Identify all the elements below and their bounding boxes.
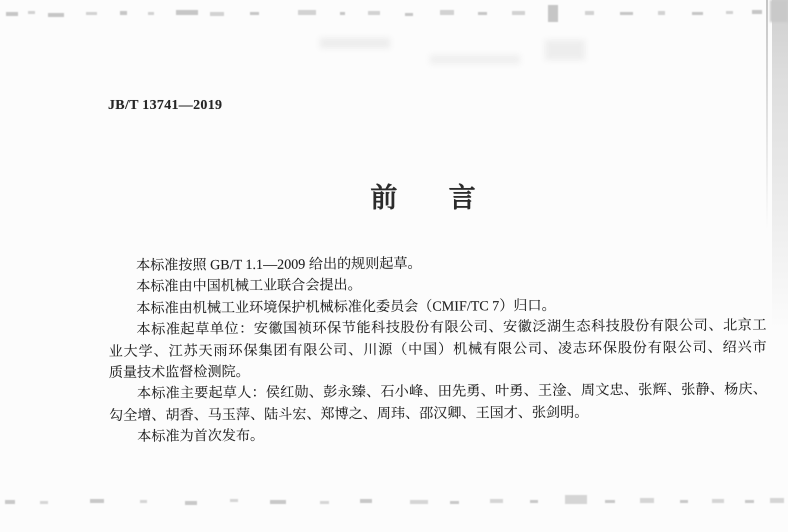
- scan-noise-top: [176, 10, 198, 15]
- scan-right-edge-band: [772, 0, 788, 330]
- scan-noise-top: [548, 5, 558, 22]
- scan-noise-top: [210, 12, 224, 16]
- body-line: 本标准为首次发布。: [109, 423, 767, 449]
- scan-noise-bottom: [40, 501, 48, 504]
- scan-noise-bottom: [140, 500, 147, 503]
- scan-smudge: [430, 55, 520, 64]
- scan-noise-top: [585, 11, 594, 15]
- scan-noise-top: [726, 11, 733, 14]
- scan-noise-top: [368, 11, 380, 15]
- scan-noise-top: [752, 10, 762, 14]
- scan-noise-top: [512, 11, 525, 15]
- scan-noise-top: [120, 11, 127, 15]
- scan-noise-bottom: [230, 499, 238, 502]
- scan-smudge: [320, 38, 390, 48]
- scan-noise-top: [148, 12, 154, 15]
- document-body: 本标准按照 GB/T 1.1—2009 给出的规则起草。本标准由中国机械工业联合…: [108, 251, 767, 448]
- scan-noise-bottom: [90, 499, 104, 503]
- page-title: 前 言: [94, 176, 752, 215]
- scan-noise-top: [250, 12, 259, 15]
- scan-noise-top: [48, 13, 64, 17]
- scan-noise-top: [6, 12, 18, 16]
- scan-corner-smudge: [770, 0, 788, 22]
- scan-noise-top: [440, 10, 454, 15]
- scan-noise-top: [298, 10, 316, 15]
- scan-smudge: [545, 40, 585, 60]
- scan-noise-bottom: [490, 499, 503, 503]
- scan-noise-top: [692, 12, 703, 15]
- scan-noise-bottom: [410, 500, 428, 504]
- scan-noise-top: [658, 11, 665, 15]
- scan-noise-top: [340, 12, 345, 15]
- scan-noise-bottom: [185, 501, 197, 505]
- scan-noise-bottom: [530, 500, 538, 503]
- scan-noise-top: [620, 12, 633, 15]
- scan-noise-top: [28, 11, 35, 14]
- scan-noise-bottom: [270, 500, 286, 504]
- scan-noise-bottom: [360, 499, 372, 503]
- scan-noise-top: [86, 12, 97, 15]
- scan-noise-bottom: [770, 498, 784, 503]
- scan-noise-bottom: [5, 500, 15, 504]
- scan-noise-top: [478, 12, 487, 15]
- scan-right-edge-line: [766, 0, 768, 230]
- scan-noise-bottom: [320, 501, 329, 504]
- scan-noise-top: [405, 13, 413, 16]
- scan-noise-bottom: [745, 500, 754, 503]
- scan-noise-bottom: [605, 500, 615, 503]
- scan-noise-bottom: [680, 500, 688, 503]
- document-page: JB/T 13741—2019 前 言 本标准按照 GB/T 1.1—2009 …: [0, 0, 788, 532]
- scan-noise-bottom: [712, 499, 724, 503]
- scan-noise-bottom: [640, 498, 654, 503]
- scan-noise-bottom: [565, 495, 587, 504]
- standard-number: JB/T 13741—2019: [108, 98, 222, 114]
- scan-noise-bottom: [450, 501, 459, 504]
